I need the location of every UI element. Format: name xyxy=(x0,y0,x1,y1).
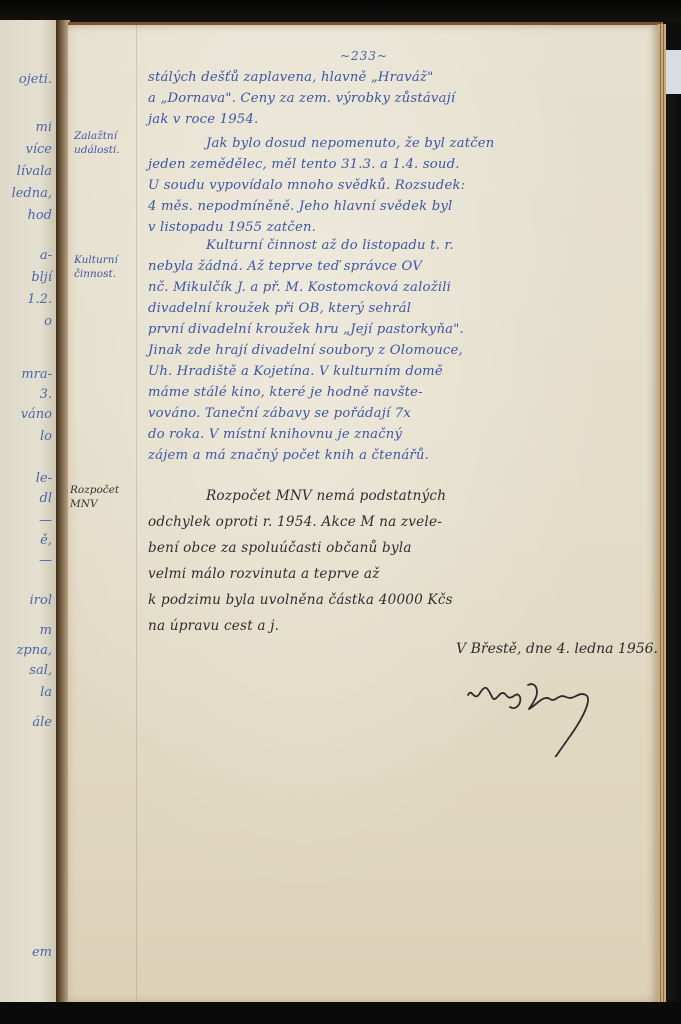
left-page-fragment: lo xyxy=(40,429,52,444)
left-page-fragment: váno xyxy=(21,407,52,422)
text-line: do roka. V místní knihovnu je značný xyxy=(148,424,653,445)
text-line: Jak bylo dosud nepomenuto, že byl zatčen xyxy=(148,133,653,154)
section-cultural-activity: Kulturní činnost až do listopadu t. r.ne… xyxy=(148,235,653,466)
text-line: 4 měs. nepodmíněně. Jeho hlavní svědek b… xyxy=(148,196,653,217)
left-page-fragment: hod xyxy=(27,208,52,223)
section-notable-events: Jak bylo dosud nepomenuto, že byl zatčen… xyxy=(148,133,653,238)
text-line: stálých dešťů zaplavena, hlavně „Hraváž" xyxy=(148,67,653,88)
left-page-fragment: více xyxy=(26,142,52,157)
text-line: vováno. Taneční zábavy se pořádají 7x xyxy=(148,403,653,424)
margin-note: Zalažtní události. xyxy=(74,129,136,157)
text-line: velmi málo rozvinuta a teprve až xyxy=(148,561,653,587)
text-line: nč. Mikulčík J. a př. M. Kostomcková zal… xyxy=(148,277,653,298)
text-line: jeden zemědělec, měl tento 31.3. a 1.4. … xyxy=(148,154,653,175)
text-line: k podzimu byla uvolněna částka 40000 Kčs xyxy=(148,587,653,613)
text-line: divadelní kroužek při OB, který sehrál xyxy=(148,298,653,319)
background-top-shadow xyxy=(0,0,681,22)
signature-scribble-icon xyxy=(458,667,658,757)
left-page-fragment: ojeti. xyxy=(19,72,52,87)
margin-note: Rozpočet MNV xyxy=(70,483,132,511)
left-page-fragment: bljí xyxy=(31,270,52,285)
place-date-line: V Břestě, dne 4. ledna 1956. xyxy=(388,641,658,657)
left-page-fragment: mi xyxy=(36,120,53,135)
text-line: máme stálé kino, které je hodně navšte- xyxy=(148,382,653,403)
text-line: Uh. Hradiště a Kojetína. V kulturním dom… xyxy=(148,361,653,382)
signature xyxy=(388,657,658,747)
text-line: Kulturní činnost až do listopadu t. r. xyxy=(148,235,653,256)
chronicle-page: ~233~ Zalažtní události.Kulturní činnost… xyxy=(68,22,663,1007)
left-page-fragment: ále xyxy=(32,715,52,730)
text-line: zájem a má značný počet knih a čtenářů. xyxy=(148,445,653,466)
text-line: a „Dornava". Ceny za zem. výrobky zůstáv… xyxy=(148,88,653,109)
left-page-fragment: sal, xyxy=(29,663,52,678)
left-page-fragment: em xyxy=(32,945,52,960)
left-page-fragment: m xyxy=(40,623,52,638)
left-page-fragment: dl xyxy=(40,491,52,506)
section-continuation: stálých dešťů zaplavena, hlavně „Hraváž"… xyxy=(148,67,653,130)
text-line: na úpravu cest a j. xyxy=(148,613,653,639)
page-edges xyxy=(658,24,666,1004)
text-line: Jinak zde hrají divadelní soubory z Olom… xyxy=(148,340,653,361)
left-page-fragment: o xyxy=(44,314,52,329)
left-page-fragment: 1.2. xyxy=(27,292,52,307)
signature-block: V Břestě, dne 4. ledna 1956. xyxy=(388,641,658,747)
text-line: bení obce za spoluúčasti občanů byla xyxy=(148,535,653,561)
background-bottom xyxy=(0,1002,681,1024)
left-page-fragment: irol xyxy=(30,593,52,608)
left-page-fragment: ledna, xyxy=(12,186,52,201)
left-partial-page: ojeti.mivícelívalaledna,hoda-bljí1.2.omr… xyxy=(0,20,58,1005)
text-line: jak v roce 1954. xyxy=(148,109,653,130)
margin-note: Kulturní činnost. xyxy=(74,253,136,281)
left-page-fragment: zpna, xyxy=(17,643,52,658)
text-line: odchylek oproti r. 1954. Akce M na zvele… xyxy=(148,509,653,535)
left-page-fragment: mra- xyxy=(21,367,52,382)
left-page-fragment: la xyxy=(40,685,52,700)
left-page-fragment: — xyxy=(39,513,52,528)
page-number: ~233~ xyxy=(68,49,660,63)
margin-rule xyxy=(136,25,137,1007)
left-page-fragment: le- xyxy=(36,471,52,486)
left-page-fragment: 3. xyxy=(40,387,52,402)
left-page-fragment: lívala xyxy=(17,164,52,179)
section-budget: Rozpočet MNV nemá podstatnýchodchylek op… xyxy=(148,483,653,639)
text-line: nebyla žádná. Až teprve teď správce OV xyxy=(148,256,653,277)
text-line: první divadelní kroužek hru „Její pastor… xyxy=(148,319,653,340)
text-line: U soudu vypovídalo mnoho svědků. Rozsude… xyxy=(148,175,653,196)
text-line: Rozpočet MNV nemá podstatných xyxy=(148,483,653,509)
left-page-fragment: — xyxy=(39,553,52,568)
left-page-fragment: a- xyxy=(40,248,52,263)
left-page-fragment: ě, xyxy=(40,533,52,548)
